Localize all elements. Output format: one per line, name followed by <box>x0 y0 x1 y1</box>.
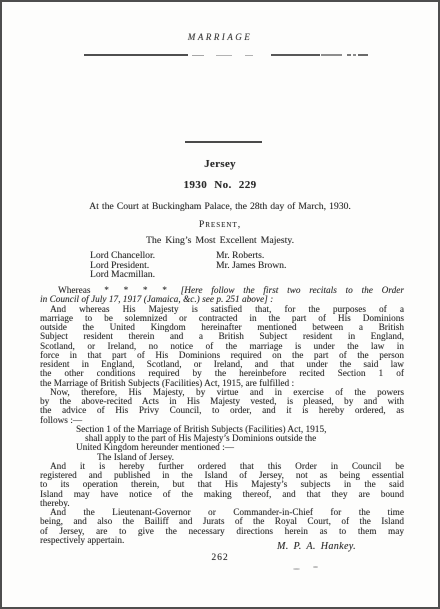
rule-segment <box>216 55 232 56</box>
present-label: Present, <box>2 219 438 230</box>
scan-artifact <box>293 568 300 570</box>
running-header: MARRIAGE <box>2 32 438 42</box>
rule-segment <box>84 54 188 56</box>
majesty-line: The King’s Most Excellent Majesty. <box>2 235 438 246</box>
body-line: United Kingdom hereunder mentioned :— <box>40 443 404 452</box>
body-line: Island may have notice of the making the… <box>40 490 404 499</box>
rule-segment <box>321 54 342 56</box>
body-lines: And whereas His Majesty is satisfied tha… <box>40 305 404 546</box>
scan-artifact <box>313 566 318 568</box>
attendee: Lord Macmillan. <box>90 270 155 279</box>
rule-segment <box>271 54 320 56</box>
page-number: 262 <box>2 553 438 563</box>
rule-segment <box>347 54 351 56</box>
court-line: At the Court at Buckingham Palace, the 2… <box>2 201 438 212</box>
attendee: Mr. James Brown. <box>216 261 286 270</box>
title-rule <box>185 141 262 143</box>
rule-segment <box>358 54 368 56</box>
attendee: Mr. Roberts. <box>216 251 286 260</box>
territory-title: Jersey <box>2 158 438 170</box>
body-line: the advice of His Privy Council, to orde… <box>40 406 404 415</box>
order-body: Whereas * * * * [Here follow the first t… <box>40 286 404 545</box>
rule-segment <box>353 54 356 56</box>
document-page: MARRIAGE Jersey 1930 No. 229 At the Cour… <box>0 0 440 609</box>
attendee: Lord Chancellor. <box>90 251 155 260</box>
attendees-right-column: Mr. Roberts.Mr. James Brown. <box>216 251 286 270</box>
signature: M. P. A. Hankey. <box>277 541 356 552</box>
order-number: 1930 No. 229 <box>2 179 438 191</box>
rule-segment <box>245 55 253 56</box>
rule-segment <box>192 55 204 56</box>
attendees-left-column: Lord Chancellor.Lord President.Lord Macm… <box>90 251 155 280</box>
